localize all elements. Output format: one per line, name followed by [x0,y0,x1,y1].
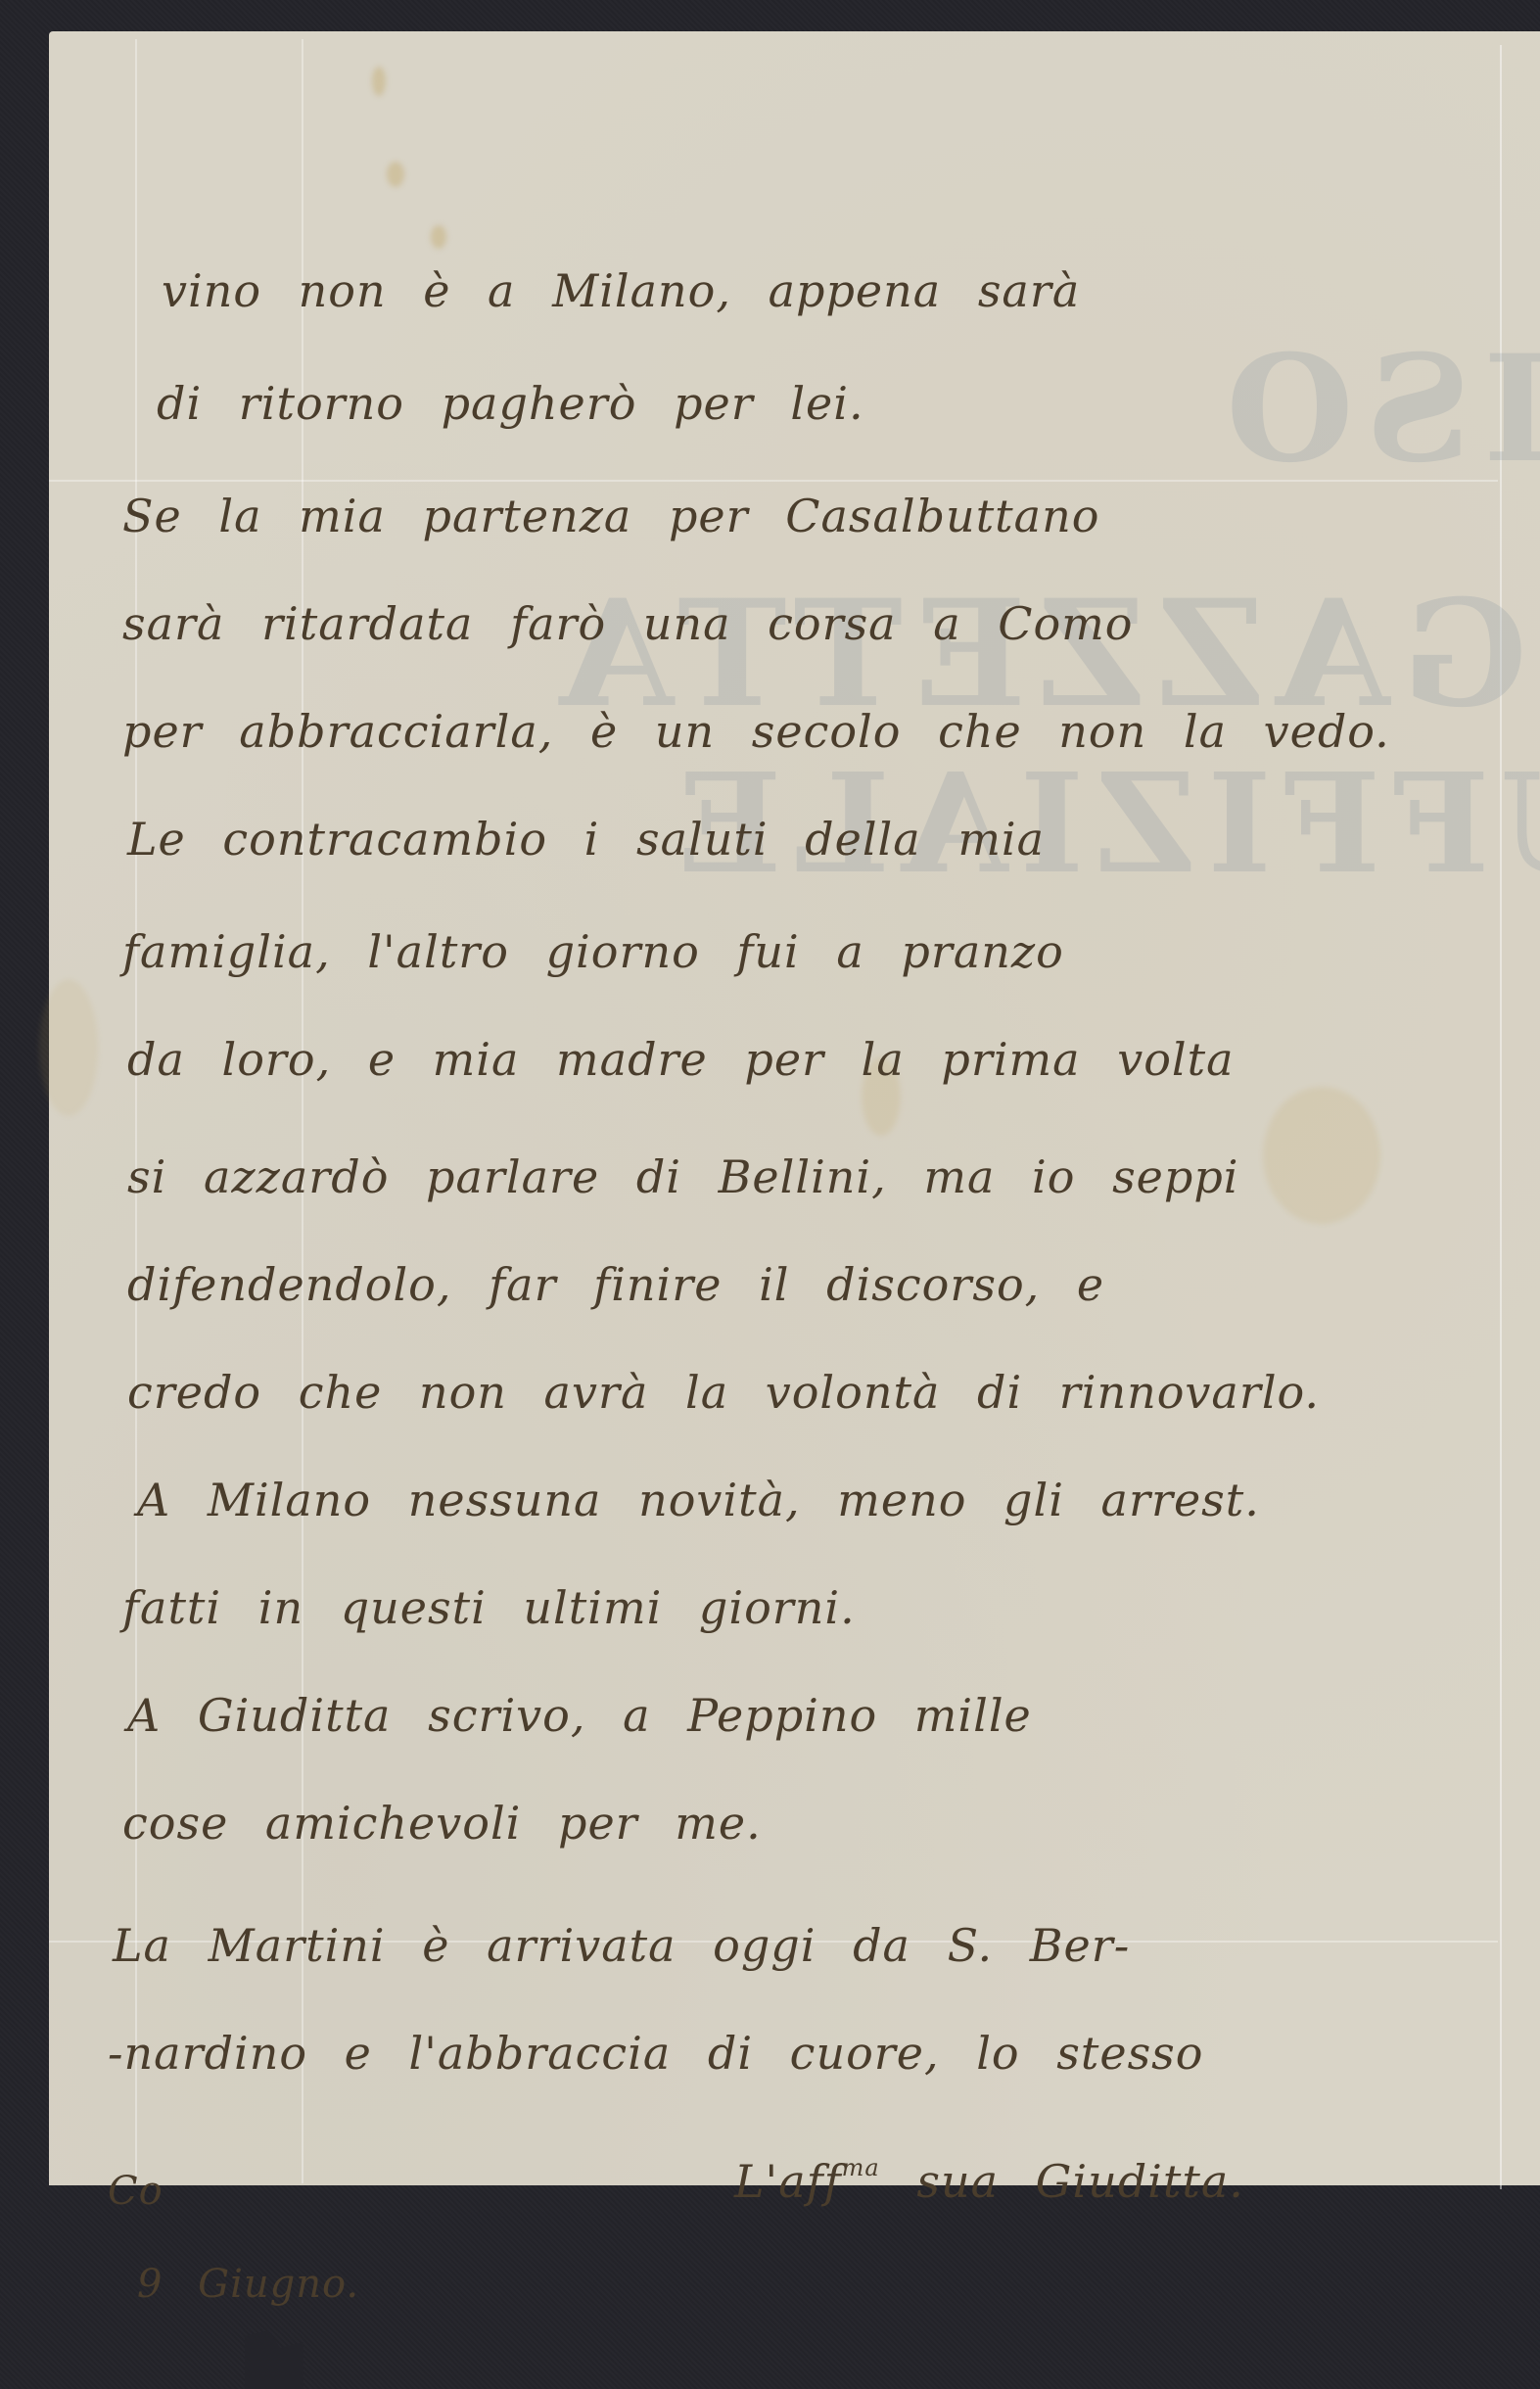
letter-line: difendendolo, far finire il discorso, e [127,1258,1104,1311]
vertical-fold-crease [302,39,303,2183]
paper-stain [431,225,446,249]
horizontal-fold-crease [49,480,1498,482]
letter-line: A Giuditta scrivo, a Peppino mille [127,1689,1032,1742]
letter-date: 9 Giugno. [137,2262,359,2307]
letter-line: fatti in questi ultimi giorni. [122,1581,856,1634]
letter-line: credo che non avrà la volontà di rinnova… [127,1366,1320,1419]
letter-line: famiglia, l'altro giorno fui a pranzo [122,925,1064,978]
paper-stain [1263,1087,1380,1224]
letter-line: Se la mia partenza per Casalbuttano [122,490,1099,542]
place-abbreviation: Co [108,2169,163,2214]
letter-line: -nardino e l'abbraccia di cuore, lo stes… [108,2027,1203,2080]
letter-line: A Milano nessuna novità, meno gli arrest… [137,1474,1260,1526]
letter-line: da loro, e mia madre per la prima volta [127,1033,1235,1086]
closing-superscript: ma [842,2154,880,2181]
closing-prefix: L'aff [734,2155,842,2208]
paper-stain [39,979,98,1116]
signature-closing: L'affma sua Giuditta. [734,2154,1244,2208]
letter-line: La Martini è arrivata oggi da S. Ber- [113,1919,1130,1972]
letter-line: sarà ritardata farò una corsa a Como [122,597,1133,650]
letter-line: cose amichevoli per me. [122,1797,762,1850]
letter-line: di ritorno pagherò per lei. [157,377,864,430]
letter-line: per abbracciarla, è un secolo che non la… [122,705,1390,758]
letter-line: vino non è a Milano, appena sarà [162,264,1080,317]
letter-line: si azzardò parlare di Bellini, ma io sep… [127,1150,1239,1203]
vertical-fold-crease [135,39,137,2183]
letter-line: Le contracambio i saluti della mia [127,813,1045,866]
paper-stain [387,162,404,187]
closing-signature: sua Giuditta. [916,2155,1244,2208]
paper-stain [372,67,386,96]
sheet-fold-edge [1500,45,1502,2189]
